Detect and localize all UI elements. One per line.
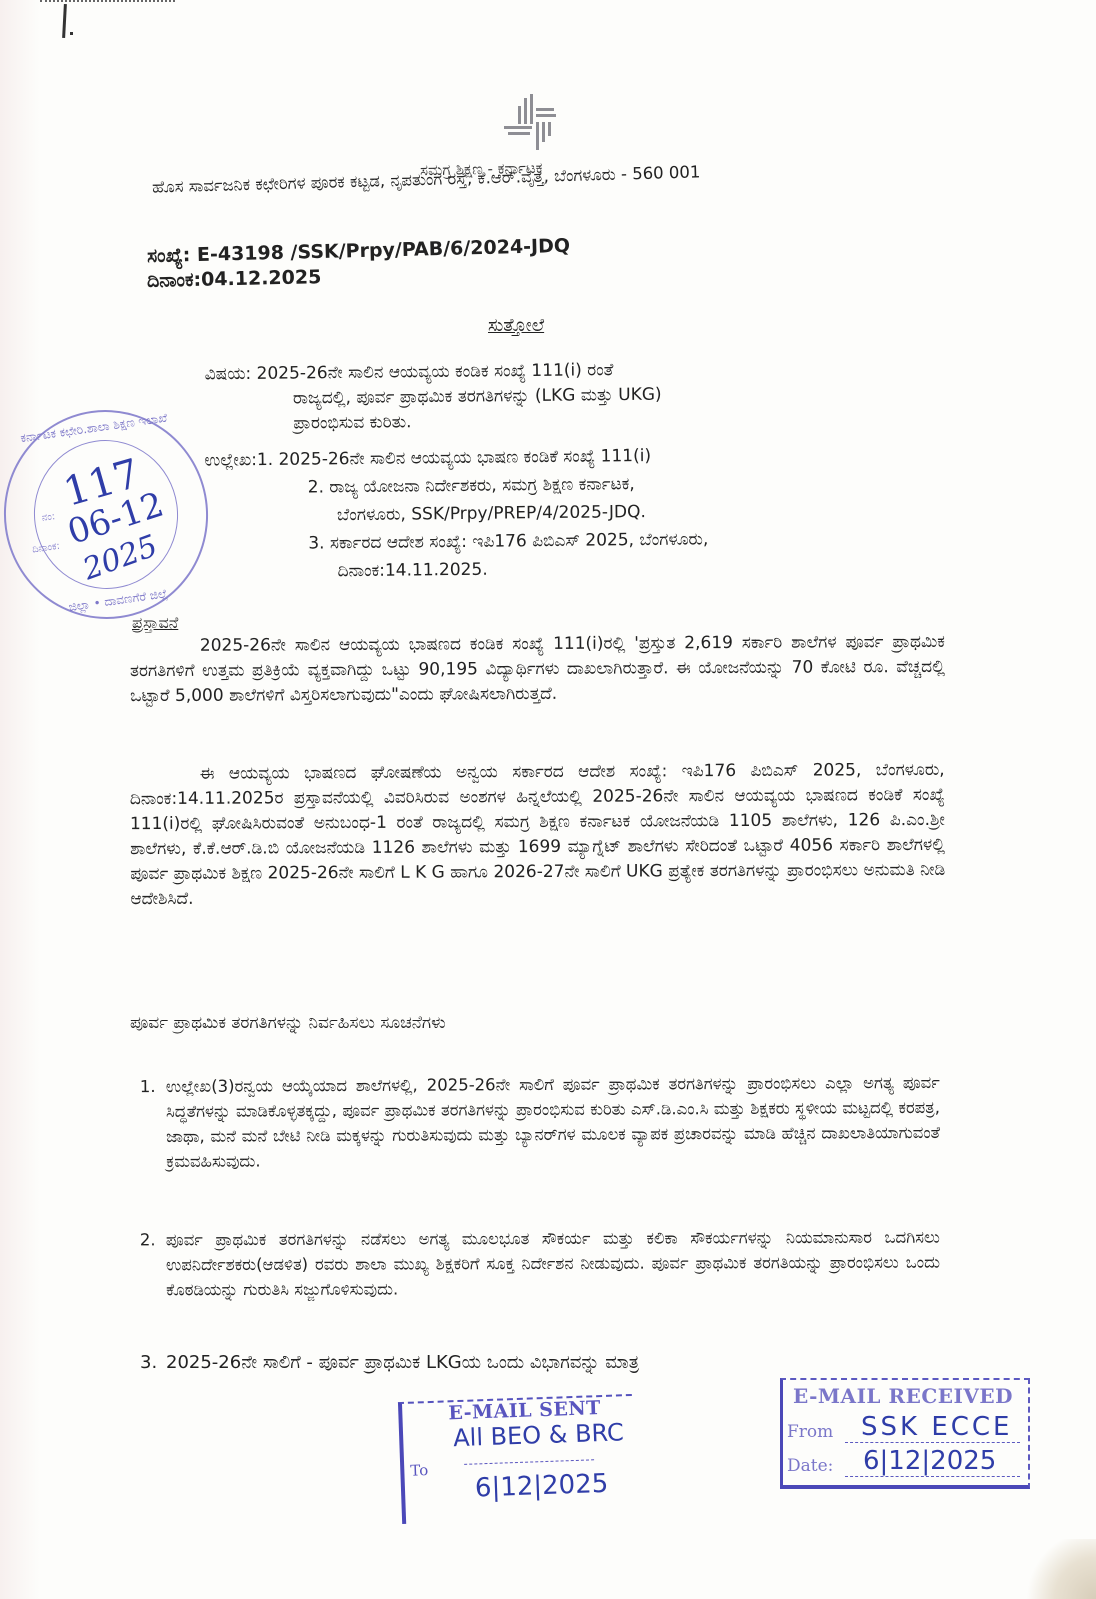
preamble-heading: ಪ್ರಸ್ತಾವನೆ — [132, 613, 178, 633]
email-received-stamp: E-MAIL RECEIVED From SSK ECCE Date: 6|12… — [780, 1378, 1030, 1489]
instruction-text: ಉಲ್ಲೇಖ(3)ರನ್ವಯ ಆಯ್ಕೆಯಾದ ಶಾಲೆಗಳಲ್ಲಿ, 2025… — [140, 1070, 941, 1174]
email-received-date-label: Date: — [787, 1456, 833, 1476]
samagra-shikshana-logo-icon — [500, 92, 560, 152]
instruction-number: 2. — [140, 1227, 166, 1252]
email-received-sender: SSK ECCE — [861, 1412, 1013, 1442]
email-received-date: 6|12|2025 — [863, 1446, 996, 1476]
instructions-heading: ಪೂರ್ವ ಪ್ರಾಥಮಿಕ ತರಗತಿಗಳನ್ನು ನಿರ್ವಹಿಸಲು ಸೂ… — [130, 1013, 446, 1033]
subject-block: ವಿಷಯ: 2025-26ನೇ ಸಾಲಿನ ಆಯವ್ಯಯ ಕಂಡಿಕ ಸಂಖ್ಯ… — [205, 358, 662, 438]
instruction-text: 2025-26ನೇ ಸಾಲಿಗೆ - ಪೂರ್ವ ಪ್ರಾಥಮಿಕ LKGಯ ಒ… — [140, 1350, 940, 1375]
reference-number: ಸಂಖ್ಯೆ: E-43198 /SSK/Prpy/PAB/6/2024-JDQ — [147, 235, 570, 267]
instruction-item: 2. ಪೂರ್ವ ಪ್ರಾಥಮಿಕ ತರಗತಿಗಳನ್ನು ನಡೆಸಲು ಅಗತ… — [140, 1225, 940, 1303]
preamble-paragraph-2: ಈ ಆಯವ್ಯಯ ಭಾಷಣದ ಘೋಷಣೆಯ ಅನ್ವಯ ಸರ್ಕಾರದ ಆದೇಶ… — [130, 758, 946, 912]
subject-line: ರಾಜ್ಯದಲ್ಲಿ, ಪೂರ್ವ ಪ್ರಾಥಮಿಕ ತರಗತಿಗಳನ್ನು (… — [205, 383, 662, 413]
subject-label: ವಿಷಯ: — [205, 364, 252, 384]
document-title: ಸುತ್ತೋಲೆ — [488, 315, 544, 336]
instruction-item: 1. ಉಲ್ಲೇಖ(3)ರನ್ವಯ ಆಯ್ಕೆಯಾದ ಶಾಲೆಗಳಲ್ಲಿ, 2… — [140, 1070, 941, 1174]
references-block: ಉಲ್ಲೇಖ:1. 2025-26ನೇ ಸಾಲಿನ ಆಯವ್ಯಯ ಭಾಷಣ ಕಂ… — [204, 441, 708, 586]
reference-item: 3. ಸರ್ಕಾರದ ಆದೇಶ ಸಂಖ್ಯೆ: ಇಪಿ176 ಪಿಬಿಎಸ್ 2… — [205, 525, 708, 558]
seal-no-label: ನಂ: — [41, 511, 56, 524]
reference-date: ದಿನಾಂಕ:04.12.2025 — [147, 266, 322, 292]
document-page: ಸಮಗ್ರ ಶಿಕ್ಷಣ - ಕರ್ನಾಟಕ ಹೊಸ ಸಾರ್ವಜನಿಕ ಕಛೇ… — [0, 0, 1096, 1599]
top-margin-dot — [70, 32, 73, 35]
top-margin-mark — [62, 4, 67, 38]
email-received-title: E-MAIL RECEIVED — [793, 1384, 1013, 1408]
email-sent-to-label: To — [410, 1461, 428, 1480]
instruction-text: ಪೂರ್ವ ಪ್ರಾಥಮಿಕ ತರಗತಿಗಳನ್ನು ನಡೆಸಲು ಅಗತ್ಯ … — [140, 1225, 940, 1303]
email-sent-recipient: All BEO & BRC — [453, 1418, 624, 1452]
stamp-rule — [464, 1459, 594, 1465]
subject-line: ಪ್ರಾರಂಭಿಸುವ ಕುರಿತು. — [205, 408, 662, 438]
email-received-from-label: From — [787, 1422, 833, 1442]
page-edge-shadow — [0, 0, 40, 1599]
instruction-number: 1. — [140, 1074, 166, 1099]
stamp-rule — [845, 1442, 1020, 1443]
page-corner-shadow — [1026, 1539, 1096, 1599]
reference-item-continued: ದಿನಾಂಕ:14.11.2025. — [205, 553, 708, 586]
stamp-rule — [845, 1476, 1020, 1477]
instruction-item: 3. 2025-26ನೇ ಸಾಲಿಗೆ - ಪೂರ್ವ ಪ್ರಾಥಮಿಕ LKG… — [140, 1350, 940, 1375]
preamble-paragraph-1: 2025-26ನೇ ಸಾಲಿನ ಆಯವ್ಯಯ ಭಾಷಣದ ಕಂಡಿಕ ಸಂಖ್ಯ… — [130, 630, 945, 709]
subject-line: 2025-26ನೇ ಸಾಲಿನ ಆಯವ್ಯಯ ಕಂಡಿಕ ಸಂಖ್ಯೆ 111(… — [257, 360, 614, 384]
email-sent-stamp: E-MAIL SENT All BEO & BRC To 6|12|2025 — [398, 1394, 636, 1524]
references-label: ಉಲ್ಲೇಖ: — [204, 450, 257, 471]
instruction-number: 3. — [140, 1350, 166, 1375]
email-sent-date: 6|12|2025 — [474, 1469, 608, 1504]
top-margin-scribble — [40, 0, 175, 7]
